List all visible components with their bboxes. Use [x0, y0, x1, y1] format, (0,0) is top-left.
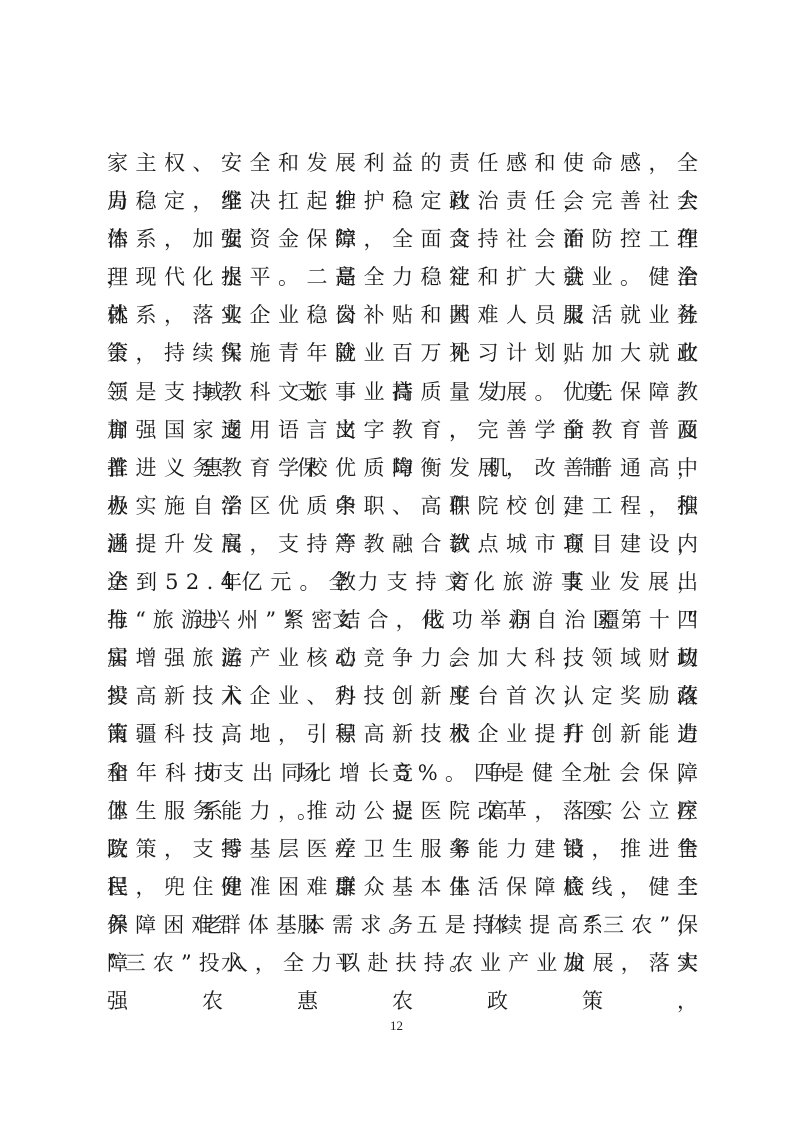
- text-line: 实 高 新 技 术 企 业 、 科 技 创 新 平 台 首 次 认 定 奖 励 …: [107, 677, 698, 715]
- body-paragraph: 家 主 权 、 安 全 和 发 展 利 益 的 责 任 感 和 使 命 感 ， …: [107, 144, 698, 982]
- text-line: “ 三 农 ” 投 入 ， 全 力 以 赴 扶 持 农 业 产 业 发 展 ， …: [107, 944, 698, 982]
- text-line: 加 强 国 家 通 用 语 言 文 字 教 育 ， 完 善 学 前 教 育 普 …: [107, 411, 698, 449]
- text-line: 理 现 代 化 水 平 。 二 是 全 力 稳 定 和 扩 大 就 业 。 健 …: [107, 258, 698, 296]
- text-line: 策 ， 持 续 实 施 青 年 就 业 百 万 见 习 计 划 ， 加 大 就 …: [107, 334, 698, 372]
- text-line: 与 “ 旅 游 兴 州 ” 紧 密 结 合 ， 成 功 举 办 自 治 区 第 …: [107, 601, 698, 639]
- text-line: 保 障 困 难 群 体 基 本 需 求 。 五 是 持 续 提 高 “ 三 农 …: [107, 906, 698, 944]
- text-line: 全 年 科 技 支 出 同 比 增 长 5 % 。 四 是 健 全 社 会 保 …: [107, 754, 698, 792]
- text-line: 南 疆 科 技 高 地 ， 引 导 高 新 技 术 企 业 提 升 创 新 能 …: [107, 715, 698, 753]
- text-line: 卫 生 服 务 能 力 ， 推 动 公 立 医 院 改 革 ， 落 实 公 立 …: [107, 792, 698, 830]
- text-line: 涵 提 升 发 展 ， 支 持 产 教 融 合 试 点 城 市 项 目 建 设 …: [107, 525, 698, 563]
- text-line: 极 实 施 自 治 区 优 质 中 职 、 高 职 院 校 创 建 工 程 ， …: [107, 487, 698, 525]
- text-line: 体 系 ， 落 实 企 业 稳 岗 补 贴 和 困 难 人 员 灵 活 就 业 …: [107, 296, 698, 334]
- text-line: 程 ， 兜 住 兜 准 困 难 群 众 基 本 生 活 保 障 底 线 ， 健 …: [107, 868, 698, 906]
- text-line: 实 增 强 旅 游 产 业 核 心 竞 争 力 。 加 大 科 技 领 域 财 …: [107, 639, 698, 677]
- text-line: 政 策 ， 支 持 基 层 医 疗 卫 生 服 务 能 力 建 设 ， 推 进 …: [107, 830, 698, 868]
- text-line: 局 稳 定 ， 坚 决 扛 起 维 护 稳 定 政 治 责 任 ， 完 善 社 …: [107, 182, 698, 220]
- text-line: 三 是 支 持 教 科 文 旅 事 业 高 质 量 发 展 。 优 先 保 障 …: [107, 373, 698, 411]
- text-line: 达 到 5 2 . 4 亿 元 。 全 力 支 持 文 化 旅 游 事 业 发 …: [107, 563, 698, 601]
- document-page: 家 主 权 、 安 全 和 发 展 利 益 的 责 任 感 和 使 命 感 ， …: [0, 0, 793, 1122]
- text-line: 推 进 义 务 教 育 学 校 优 质 均 衡 发 展 ， 改 善 普 通 高 …: [107, 449, 698, 487]
- text-line: 体 系 ， 加 强 资 金 保 障 ， 全 面 支 持 社 会 面 防 控 工 …: [107, 220, 698, 258]
- page-number: 12: [0, 1018, 793, 1034]
- text-line: 家 主 权 、 安 全 和 发 展 利 益 的 责 任 感 和 使 命 感 ， …: [107, 144, 698, 182]
